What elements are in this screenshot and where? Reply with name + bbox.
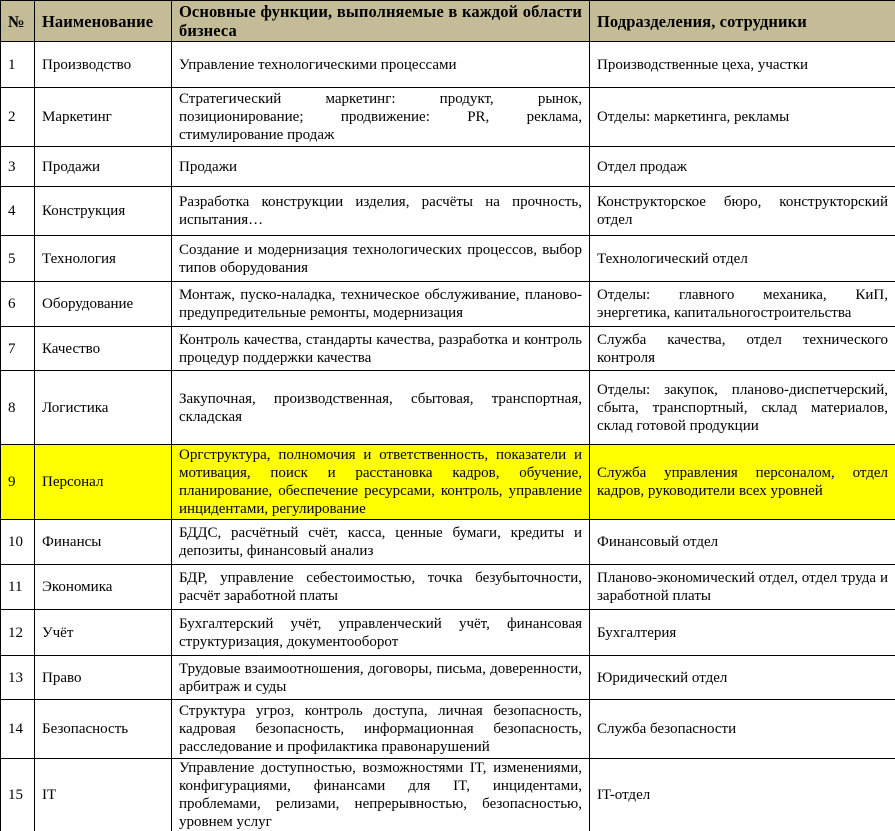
cell-functions: Монтаж, пуско-наладка, техническое обслу… <box>172 282 590 327</box>
cell-departments: Отделы: маркетинга, рекламы <box>590 88 895 147</box>
table-row: 13ПравоТрудовые взаимоотношения, договор… <box>1 656 895 700</box>
cell-name: Продажи <box>35 147 172 187</box>
cell-functions: Стратегический маркетинг: продукт, рынок… <box>172 88 590 147</box>
cell-functions: Создание и модернизация технологических … <box>172 236 590 282</box>
cell-name: Безопасность <box>35 700 172 759</box>
cell-functions: Продажи <box>172 147 590 187</box>
table-row: 5ТехнологияСоздание и модернизация техно… <box>1 236 895 282</box>
cell-name: Право <box>35 656 172 700</box>
cell-name: Конструкция <box>35 187 172 236</box>
cell-num: 5 <box>1 236 35 282</box>
cell-num: 2 <box>1 88 35 147</box>
cell-num: 12 <box>1 610 35 656</box>
cell-name: Экономика <box>35 565 172 610</box>
cell-functions: Трудовые взаимоотношения, договоры, пись… <box>172 656 590 700</box>
cell-functions: Структура угроз, контроль доступа, лична… <box>172 700 590 759</box>
table-body: 1ПроизводствоУправление технологическими… <box>1 42 895 831</box>
cell-departments: Планово-экономический отдел, отдел труда… <box>590 565 895 610</box>
cell-name: Персонал <box>35 445 172 520</box>
cell-name: Учёт <box>35 610 172 656</box>
cell-num: 3 <box>1 147 35 187</box>
header-departments: Подразделения, сотрудники <box>590 1 895 42</box>
table-header-row: № Наименование Основные функции, выполня… <box>1 1 895 42</box>
cell-departments: IT-отдел <box>590 759 895 831</box>
cell-name: Технология <box>35 236 172 282</box>
cell-functions: Оргструктура, полномочия и ответственнос… <box>172 445 590 520</box>
cell-num: 7 <box>1 327 35 371</box>
cell-departments: Конструкторское бюро, конструкторский от… <box>590 187 895 236</box>
cell-name: Логистика <box>35 371 172 445</box>
cell-num: 13 <box>1 656 35 700</box>
cell-departments: Технологический отдел <box>590 236 895 282</box>
cell-departments: Служба безопасности <box>590 700 895 759</box>
table-row: 8ЛогистикаЗакупочная, производственная, … <box>1 371 895 445</box>
cell-name: Маркетинг <box>35 88 172 147</box>
cell-functions: Разработка конструкции изделия, расчёты … <box>172 187 590 236</box>
cell-name: Финансы <box>35 520 172 565</box>
cell-departments: Служба управления персоналом, отдел кадр… <box>590 445 895 520</box>
table-row: 2МаркетингСтратегический маркетинг: прод… <box>1 88 895 147</box>
header-name: Наименование <box>35 1 172 42</box>
cell-functions: БДДС, расчётный счёт, касса, ценные бума… <box>172 520 590 565</box>
cell-functions: БДР, управление себестоимостью, точка бе… <box>172 565 590 610</box>
cell-departments: Служба качества, отдел технического конт… <box>590 327 895 371</box>
cell-name: Производство <box>35 42 172 88</box>
cell-num: 1 <box>1 42 35 88</box>
business-areas-table: № Наименование Основные функции, выполня… <box>0 0 895 831</box>
cell-num: 15 <box>1 759 35 831</box>
table-row: 12УчётБухгалтерский учёт, управленческий… <box>1 610 895 656</box>
cell-functions: Управление доступностью, возможностями I… <box>172 759 590 831</box>
cell-departments: Бухгалтерия <box>590 610 895 656</box>
cell-functions: Контроль качества, стандарты качества, р… <box>172 327 590 371</box>
cell-num: 14 <box>1 700 35 759</box>
table-row: 3ПродажиПродажиОтдел продаж <box>1 147 895 187</box>
table-row: 11ЭкономикаБДР, управление себестоимость… <box>1 565 895 610</box>
cell-departments: Юридический отдел <box>590 656 895 700</box>
table-row: 10ФинансыБДДС, расчётный счёт, касса, це… <box>1 520 895 565</box>
cell-functions: Управление технологическими процессами <box>172 42 590 88</box>
cell-name: Качество <box>35 327 172 371</box>
cell-functions: Бухгалтерский учёт, управленческий учёт,… <box>172 610 590 656</box>
table-row: 4КонструкцияРазработка конструкции издел… <box>1 187 895 236</box>
cell-num: 9 <box>1 445 35 520</box>
cell-num: 11 <box>1 565 35 610</box>
table-row: 9ПерсоналОргструктура, полномочия и отве… <box>1 445 895 520</box>
cell-num: 10 <box>1 520 35 565</box>
header-functions: Основные функции, выполняемые в каждой о… <box>172 1 590 42</box>
cell-departments: Финансовый отдел <box>590 520 895 565</box>
table-row: 7КачествоКонтроль качества, стандарты ка… <box>1 327 895 371</box>
cell-departments: Отдел продаж <box>590 147 895 187</box>
table-row: 6ОборудованиеМонтаж, пуско-наладка, техн… <box>1 282 895 327</box>
table-row: 15ITУправление доступностью, возможностя… <box>1 759 895 831</box>
cell-departments: Производственные цеха, участки <box>590 42 895 88</box>
cell-num: 6 <box>1 282 35 327</box>
cell-num: 4 <box>1 187 35 236</box>
table-row: 1ПроизводствоУправление технологическими… <box>1 42 895 88</box>
table-row: 14БезопасностьСтруктура угроз, контроль … <box>1 700 895 759</box>
cell-functions: Закупочная, производственная, сбытовая, … <box>172 371 590 445</box>
cell-departments: Отделы: закупок, планово-диспетчерский, … <box>590 371 895 445</box>
cell-name: Оборудование <box>35 282 172 327</box>
header-num: № <box>1 1 35 42</box>
cell-name: IT <box>35 759 172 831</box>
cell-departments: Отделы: главного механика, КиП, энергети… <box>590 282 895 327</box>
cell-num: 8 <box>1 371 35 445</box>
